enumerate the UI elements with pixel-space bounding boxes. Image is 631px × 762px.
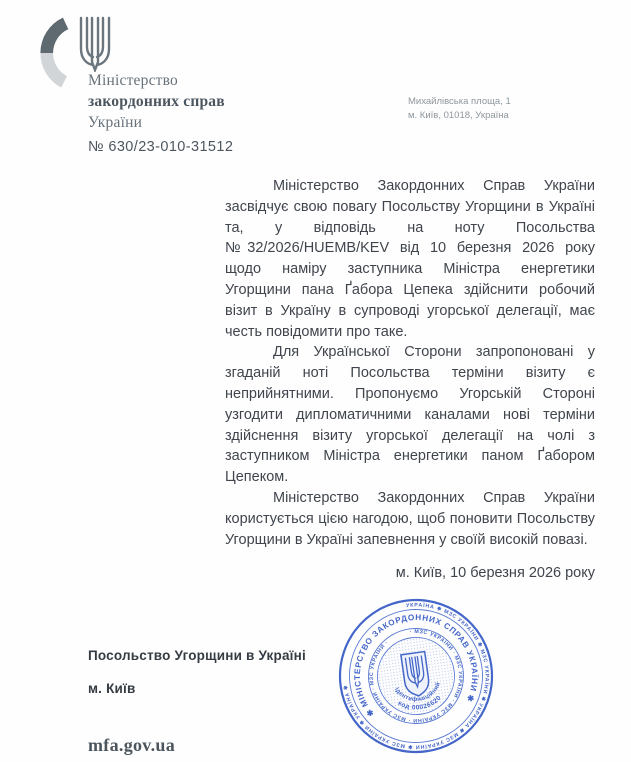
ministry-name-line1: Міністерство bbox=[88, 70, 225, 91]
ministry-address: Михайлівська площа, 1 м. Київ, 01018, Ук… bbox=[408, 95, 511, 122]
body-line: візит в Україну в супроводі угорської де… bbox=[225, 301, 595, 322]
body-line: Міністерство Закордонних Справ України bbox=[225, 488, 595, 509]
address-line2: м. Київ, 01018, Україна bbox=[408, 109, 511, 123]
body-line: Цепеком. bbox=[225, 467, 595, 488]
addressee-city: м. Київ bbox=[88, 681, 136, 696]
ministry-name: Міністерство закордонних справ України bbox=[88, 70, 225, 133]
body-line: засвідчує свою повагу Посольству Угорщин… bbox=[225, 197, 595, 218]
addressee: Посольство Угорщини в Україні bbox=[88, 648, 306, 663]
ukraine-trident-icon bbox=[76, 16, 114, 72]
body-line: честь повідомити про таке. bbox=[225, 322, 595, 343]
document-page: Міністерство закордонних справ України №… bbox=[0, 0, 631, 762]
reference-number: № 630/23-010-31512 bbox=[88, 139, 233, 155]
body-line: користується цією нагодою, щоб поновити … bbox=[225, 509, 595, 530]
body-line: Угорщини пана Ґабора Цепека здійснити ро… bbox=[225, 280, 595, 301]
body-line: узгодити дипломатичними каналами нові те… bbox=[225, 405, 595, 426]
ministry-name-line3: України bbox=[88, 112, 225, 133]
body-line: згаданій ноті Посольства терміни візиту … bbox=[225, 363, 595, 384]
body-line: №32/2026/HUEMB/KEV від 10 березня 2026 р… bbox=[225, 238, 595, 259]
body-line: Міністерство Закордонних Справ України bbox=[225, 176, 595, 197]
ministry-name-line2: закордонних справ bbox=[88, 91, 225, 112]
mfa-website: mfa.gov.ua bbox=[88, 735, 175, 756]
crescent-bottom-light bbox=[40, 53, 67, 87]
body-line: та, у відповідь на ноту Посольства bbox=[225, 218, 595, 239]
mfa-crescent-logo-icon bbox=[38, 13, 74, 93]
letter-body: Міністерство Закордонних Справ Україниза… bbox=[225, 176, 595, 584]
body-line: Угорщини в Україні запевнення у своїй ви… bbox=[225, 530, 595, 551]
body-line: Для Української Сторони запропоновані у bbox=[225, 342, 595, 363]
address-line1: Михайлівська площа, 1 bbox=[408, 95, 511, 109]
dateline: м. Київ, 10 березня 2026 року bbox=[225, 563, 595, 584]
crescent-top-dark bbox=[40, 18, 68, 53]
body-line: неприйнятними. Пропонуємо Угорській Стор… bbox=[225, 384, 595, 405]
body-line: щодо наміру заступника Міністра енергети… bbox=[225, 259, 595, 280]
body-line: здійснення візиту угорської делегації на… bbox=[225, 426, 595, 447]
official-stamp: УКРАЇНА ✱ МЗС УКРАЇНИ ✱ МЗС УКРАЇНИ ✱ УК… bbox=[326, 586, 507, 762]
body-line: заступником Міністра енергетики паном Ґа… bbox=[225, 446, 595, 467]
